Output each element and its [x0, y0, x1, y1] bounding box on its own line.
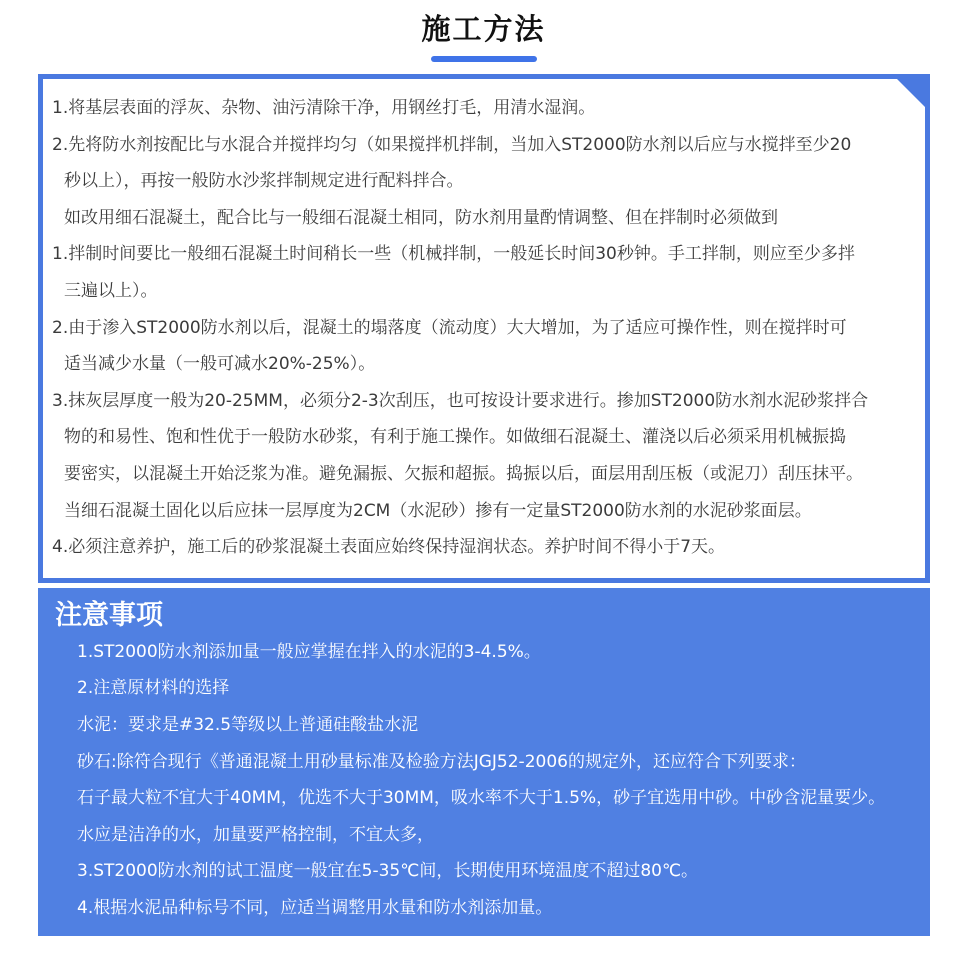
method-line: 1.拌制时间要比一般细石混凝土时间稍长一些（机械拌制，一般延长时间30秒钟。手工… — [45, 236, 915, 273]
note-line: 2.注意原材料的选择 — [38, 670, 922, 707]
method-line: 要密实，以混凝土开始泛浆为准。避免漏振、欠振和超振。捣振以后，面层用刮压板（或泥… — [45, 456, 915, 493]
note-line: 1.ST2000防水剂添加量一般应掌握在拌入的水泥的3-4.5%。 — [38, 634, 922, 671]
method-line: 物的和易性、饱和性优于一般防水砂浆，有利于施工操作。如做细石混凝土、灌浇以后必须… — [45, 419, 915, 456]
note-line: 水泥：要求是#32.5等级以上普通硅酸盐水泥 — [38, 707, 922, 744]
method-line: 1.将基层表面的浮灰、杂物、油污清除干净，用钢丝打毛，用清水湿润。 — [45, 90, 915, 127]
note-line: 4.根据水泥品种标号不同，应适当调整用水量和防水剂添加量。 — [38, 890, 922, 927]
notes-panel: 注意事项 1.ST2000防水剂添加量一般应掌握在拌入的水泥的3-4.5%。 2… — [38, 588, 930, 937]
note-line: 3.ST2000防水剂的试工温度一般宜在5-35℃间，长期使用环境温度不超过80… — [38, 853, 922, 890]
method-line: 三遍以上）。 — [45, 273, 915, 310]
method-line: 2.先将防水剂按配比与水混合并搅拌均匀（如果搅拌机拌制，当加入ST2000防水剂… — [45, 127, 915, 164]
note-line: 砂石:除符合现行《普通混凝土用砂量标准及检验方法JGJ52-2006的规定外，还… — [38, 744, 922, 781]
title-block: 施工方法 — [0, 0, 967, 62]
method-line: 3.抹灰层厚度一般为20-25MM，必须分2-3次刮压，也可按设计要求进行。掺加… — [45, 383, 915, 420]
notes-heading: 注意事项 — [55, 600, 922, 632]
method-line: 4.必须注意养护，施工后的砂浆混凝土表面应始终保持湿润状态。养护时间不得小于7天… — [45, 529, 915, 566]
title-underline-accent — [431, 56, 537, 62]
method-line: 2.由于渗入ST2000防水剂以后，混凝土的塌落度（流动度）大大增加，为了适应可… — [45, 310, 915, 347]
method-line: 如改用细石混凝土，配合比与一般细石混凝土相同，防水剂用量酌情调整、但在拌制时必须… — [45, 200, 915, 237]
method-line: 当细石混凝土固化以后应抹一层厚度为2CM（水泥砂）掺有一定量ST2000防水剂的… — [45, 493, 915, 530]
method-line: 适当减少水量（一般可减水20%-25%）。 — [45, 346, 915, 383]
note-line: 石子最大粒不宜大于40MM，优选不大于30MM，吸水率不大于1.5%，砂子宜选用… — [38, 780, 922, 817]
construction-method-panel: 1.将基层表面的浮灰、杂物、油污清除干净，用钢丝打毛，用清水湿润。 2.先将防水… — [38, 74, 930, 583]
page: 施工方法 1.将基层表面的浮灰、杂物、油污清除干净，用钢丝打毛，用清水湿润。 2… — [0, 0, 967, 953]
page-title: 施工方法 — [0, 10, 967, 48]
note-line: 水应是洁净的水，加量要严格控制，不宜太多， — [38, 817, 922, 854]
method-line: 秒以上），再按一般防水沙浆拌制规定进行配料拌合。 — [45, 163, 915, 200]
